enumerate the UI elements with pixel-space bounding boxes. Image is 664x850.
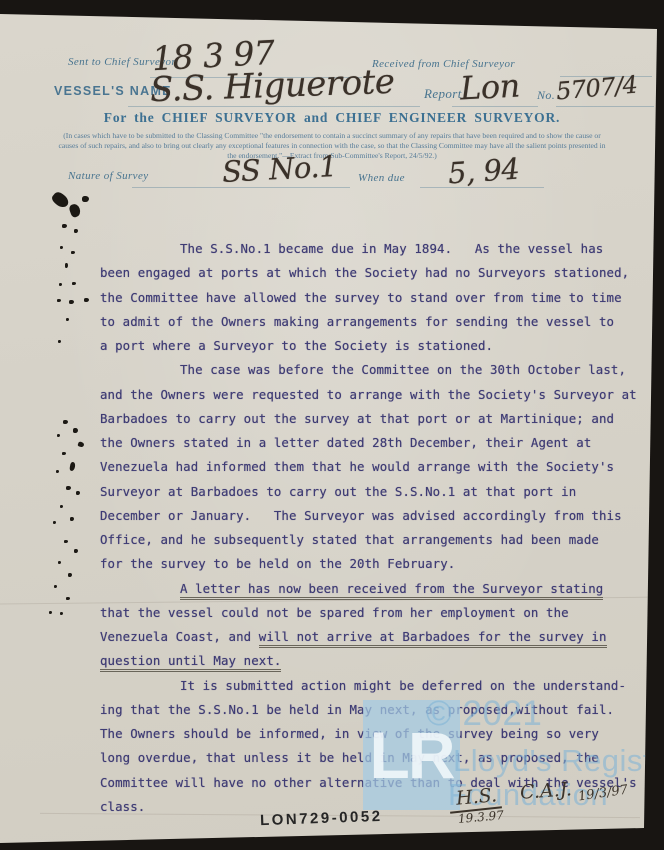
ink-blot bbox=[59, 283, 62, 286]
typewritten-line: December or January. The Surveyor was ad… bbox=[100, 504, 656, 528]
line-text: for the survey to be held on the 20th Fe… bbox=[100, 556, 455, 571]
vessel-name-handwriting: S.S. Higuerote bbox=[149, 62, 395, 111]
ink-blot bbox=[82, 196, 89, 202]
ink-blot bbox=[49, 611, 52, 614]
typewritten-line: the Owners stated in a letter dated 28th… bbox=[100, 431, 656, 455]
ink-blot bbox=[53, 521, 56, 524]
typewritten-line: The S.S.No.1 became due in May 1894. As … bbox=[100, 237, 656, 261]
ink-blot bbox=[77, 441, 84, 448]
ink-blot bbox=[66, 486, 71, 490]
typewritten-line: The case was before the Committee on the… bbox=[100, 358, 656, 382]
watermark-copyright: © 2021 bbox=[426, 694, 542, 734]
line-text: class. bbox=[100, 799, 145, 814]
ink-blot bbox=[69, 462, 75, 472]
line-text: the Committee have allowed the survey to… bbox=[100, 290, 622, 305]
ink-blot bbox=[57, 434, 60, 437]
ink-blot bbox=[71, 251, 75, 254]
typewritten-line: for the survey to be held on the 20th Fe… bbox=[100, 552, 656, 576]
line-text: The S.S.No.1 became due in May 1894. As … bbox=[180, 241, 603, 256]
line-text: a port where a Surveyor to the Society i… bbox=[100, 338, 493, 353]
ink-blot bbox=[64, 540, 68, 543]
ink-blot bbox=[50, 190, 71, 210]
line-text: Barbadoes to carry out the survey at tha… bbox=[100, 411, 614, 426]
ink-blot bbox=[66, 597, 70, 600]
typewritten-line: and the Owners were requested to arrange… bbox=[100, 383, 656, 407]
line-text: December or January. The Surveyor was ad… bbox=[100, 508, 622, 523]
line-text: It is submitted action might be deferred… bbox=[180, 678, 626, 693]
ink-blot bbox=[84, 298, 89, 302]
ink-blot bbox=[58, 340, 61, 343]
typewritten-line: It is submitted action might be deferred… bbox=[100, 674, 656, 698]
when-due-handwriting: 5, 94 bbox=[447, 152, 520, 191]
ink-blot bbox=[74, 229, 78, 233]
line-text: Surveyor at Barbadoes to carry out the S… bbox=[100, 484, 576, 499]
report-office-handwriting: Lon bbox=[459, 66, 521, 107]
line-text: The case was before the Committee on the… bbox=[180, 362, 626, 377]
scan-background: { "form": { "sent_label": "Sent to Chief… bbox=[0, 0, 664, 850]
typewritten-line: Surveyor at Barbadoes to carry out the S… bbox=[100, 480, 656, 504]
ink-blot bbox=[63, 420, 68, 424]
line-text: and the Owners were requested to arrange… bbox=[100, 387, 637, 402]
ink-blot bbox=[57, 299, 61, 302]
typewritten-line: the Committee have allowed the survey to… bbox=[100, 286, 656, 310]
ink-blot bbox=[68, 203, 82, 219]
report-no-label: No. bbox=[537, 88, 555, 103]
ink-blot bbox=[73, 428, 78, 433]
document-paper: Sent to Chief Surveyor Received from Chi… bbox=[0, 0, 664, 850]
ink-blot bbox=[74, 549, 78, 553]
underlined-line-text: question until May next. bbox=[100, 653, 281, 672]
signature-2-initials: C.A.J. bbox=[519, 778, 572, 804]
for-chief-surveyor-heading: For the CHIEF SURVEYOR and CHIEF ENGINEE… bbox=[0, 110, 664, 126]
typewritten-line: that the vessel could not be spared from… bbox=[100, 601, 656, 625]
line-text: Venezuela Coast, and bbox=[100, 629, 259, 644]
when-due-label: When due bbox=[358, 172, 405, 184]
ink-blot bbox=[68, 573, 72, 577]
line-text: Venezuela had informed them that he woul… bbox=[100, 459, 614, 474]
typewritten-line: Barbadoes to carry out the survey at tha… bbox=[100, 407, 656, 431]
report-number-handwriting: 5707/4 bbox=[555, 71, 639, 106]
nature-of-survey-label: Nature of Survey bbox=[68, 170, 149, 182]
nature-of-survey-handwriting: SS No.1 bbox=[221, 149, 338, 189]
ink-blot bbox=[69, 300, 74, 304]
typewritten-line: Venezuela Coast, and will not arrive at … bbox=[100, 625, 656, 649]
line-text: Office, and he subsequently stated that … bbox=[100, 532, 599, 547]
underlined-line-text: A letter has now been received from the … bbox=[180, 581, 603, 600]
ink-blot bbox=[70, 517, 74, 521]
watermark-lloyds-register: Lloyd's Register bbox=[453, 743, 664, 779]
underlined-line-text: will not arrive at Barbadoes for the sur… bbox=[259, 629, 607, 648]
ink-blot bbox=[58, 561, 61, 564]
typewritten-line: Venezuela had informed them that he woul… bbox=[100, 455, 656, 479]
ink-blot bbox=[60, 505, 63, 508]
line-text: to admit of the Owners making arrangemen… bbox=[100, 314, 614, 329]
report-label: Report bbox=[424, 86, 462, 102]
typewritten-line: been engaged at ports at which the Socie… bbox=[100, 261, 656, 285]
signature-1-initials: H.S. bbox=[455, 784, 498, 809]
ink-blot bbox=[62, 452, 66, 455]
line-text: that the vessel could not be spared from… bbox=[100, 605, 569, 620]
ink-blot bbox=[66, 318, 69, 321]
ink-blot bbox=[60, 612, 63, 615]
line-text: been engaged at ports at which the Socie… bbox=[100, 265, 629, 280]
ink-blot bbox=[62, 224, 67, 228]
typewritten-line: A letter has now been received from the … bbox=[100, 577, 656, 601]
ink-blot bbox=[56, 470, 59, 473]
form-blank-line bbox=[556, 106, 654, 107]
typewritten-line: to admit of the Owners making arrangemen… bbox=[100, 310, 656, 334]
ink-blot bbox=[60, 246, 63, 249]
ink-blot bbox=[72, 282, 76, 285]
ink-blot bbox=[65, 263, 68, 268]
ink-blot bbox=[54, 585, 57, 588]
typewritten-line: Office, and he subsequently stated that … bbox=[100, 528, 656, 552]
signature-1-date: 19.3.97 bbox=[457, 808, 504, 826]
archive-reference-code: LON729-0052 bbox=[260, 808, 383, 829]
typewritten-line: question until May next. bbox=[100, 649, 656, 673]
typewritten-line: a port where a Surveyor to the Society i… bbox=[100, 334, 656, 358]
line-text: the Owners stated in a letter dated 28th… bbox=[100, 435, 591, 450]
ink-blot bbox=[76, 491, 80, 495]
